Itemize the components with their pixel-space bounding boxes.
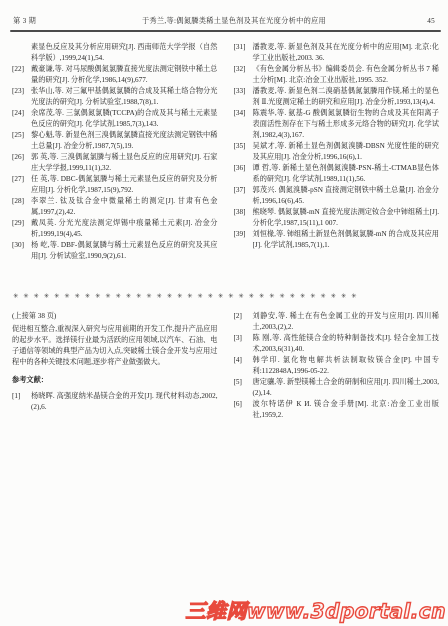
reference-item: 素显色反应及其分析应用研究[J]. 西南师范大学学报（自然科学版）,1999,2…: [12, 42, 218, 64]
reference-label: [30]: [12, 240, 24, 251]
reference-label: [1]: [12, 391, 20, 402]
reference-label: [39]: [234, 229, 246, 240]
reference-item: [37] 郭茂兴. 偶氮溴膦-pSN 直接测定钢铁中稀土总量[J]. 冶金分析,…: [234, 185, 440, 207]
reference-label: [24]: [12, 108, 24, 119]
reference-label: [25]: [12, 130, 24, 141]
reference-text: 唐定骧,等. 新型镁稀土合金的研制和应用[J]. 四川稀土,2003,(2),1…: [253, 378, 440, 397]
reference-item: [5] 唐定骧,等. 新型镁稀土合金的研制和应用[J]. 四川稀土,2003,(…: [234, 377, 440, 399]
reference-item: [1] 杨晓晖. 高强度纳米晶镁合金的开发[J]. 现代材料动态,2002,(2…: [12, 391, 218, 413]
reference-item: [30] 杨 屹,等. DBF-偶氮氯膦与稀土元素显色反应的研究及其应用[J].…: [12, 240, 218, 262]
reference-label: [28]: [12, 196, 24, 207]
page-number: 45: [393, 17, 435, 25]
reference-label: [2]: [234, 311, 242, 322]
reference-text: 郭茂兴. 偶氮溴膦-pSN 直接测定钢铁中稀土总量[J]. 冶金分析,1996,…: [253, 186, 440, 205]
reference-text: 戴凤英. 分光光度法测定焊锡中痕量稀土元素[J]. 冶金分析,1999,19(4…: [31, 219, 218, 238]
reference-label: [26]: [12, 152, 24, 163]
reference-item: [25] 黎心魁,等. 新显色剂三溴偶氮氯膦直接光度法测定钢铁中稀土总量[J].…: [12, 130, 218, 152]
reference-label: [6]: [234, 399, 242, 410]
reference-item: [24] 余席茂,等. 三氯偶氮氯膦(TCCPA)的合成及其与稀土元素显色反应的…: [12, 108, 218, 130]
reference-item: [23] 张华山,等. 对三氟甲基偶氮氯膦的合成及其稀土络合物分光光度法的研究[…: [12, 86, 218, 108]
reference-label: [29]: [12, 218, 24, 229]
reference-item: [36] 谭 哲,等. 新稀土显色剂偶氮溴膦-PSN-稀土-CTMAB显色体系的…: [234, 163, 440, 185]
reference-label: [37]: [234, 185, 246, 196]
references-right-column: [31] 潘教麦,等. 新显色剂及其在光度分析中的应用[M]. 北京:化学工业出…: [234, 42, 440, 262]
reference-text: 任 英,等. DBC-偶氮氯膦与稀土元素显色反应的研究及分析应用[J]. 分析化…: [31, 175, 218, 194]
reference-item: [27] 任 英,等. DBC-偶氮氯膦与稀土元素显色反应的研究及分析应用[J]…: [12, 174, 218, 196]
reference-text: 刘恒椽,等. 铈组稀土新显色剂偶氮氯膦-mN 的合成及其应用[J]. 化学试剂,…: [253, 230, 440, 249]
reference-label: [32]: [234, 64, 246, 75]
reference-item: [3] 陈 刚,等. 高性能镁合金的特种制备技术[J]. 轻合金加工技术,200…: [234, 333, 440, 355]
continued-from-note: (上接第 38 页): [12, 311, 218, 322]
reference-item: [22] 戴豪谦,等. 对马尿酸偶氮氯膦直接光度法测定钢铁中稀土总量的研究[J]…: [12, 64, 218, 86]
reference-label: [34]: [234, 108, 246, 119]
references-section: 素显色反应及其分析应用研究[J]. 西南师范大学学报（自然科学版）,1999,2…: [12, 42, 439, 262]
reference-text: 余席茂,等. 三氯偶氮氯膦(TCCPA)的合成及其与稀土元素显色反应的研究[J]…: [31, 109, 218, 128]
references-heading: 参考文献：: [12, 375, 218, 386]
reference-item: [2] 刘静安,等. 稀土在有色金属工业的开发与应用[J]. 四川稀土,2003…: [234, 311, 440, 333]
reference-label: [36]: [234, 163, 246, 174]
reference-item: [31] 潘教麦,等. 新显色剂及其在光度分析中的应用[M]. 北京:化学工业出…: [234, 42, 440, 64]
body-paragraph: 促进相互整合,重视深入研究与应用前期的开发工作,提升产品应用的起步水平。选择镁行…: [12, 324, 218, 368]
reference-text: 杨晓晖. 高强度纳米晶镁合金的开发[J]. 现代材料动态,2002,(2),6.: [31, 392, 218, 411]
reference-text: 潘教麦,等. 新显色剂二溴硝基偶氮氯膦用作镁,稀土的显色剂 Ⅱ.光度测定稀土的研…: [253, 87, 440, 106]
reference-text: 谭 哲,等. 新稀土显色剂偶氮溴膦-PSN-稀土-CTMAB显色体系的研究[J]…: [253, 164, 440, 183]
reference-text: 黎心魁,等. 新显色剂三溴偶氮氯膦直接光度法测定钢铁中稀土总量[J]. 冶金分析…: [31, 131, 218, 150]
reference-label: [31]: [234, 42, 246, 53]
issue-number: 第 3 期: [13, 16, 75, 26]
reference-item: [34] 陈震华,等. 氨基-G 酸偶氮氯膦衍生物的合成及其在阳离子表面活性剂存…: [234, 108, 440, 141]
continued-left-column: (上接第 38 页) 促进相互整合,重视深入研究与应用前期的开发工作,提升产品应…: [12, 311, 218, 421]
header-rule: [10, 30, 441, 32]
reference-text: 熊晓琴. 偶氮氯膦-mN 直接光度法测定钕合金中铈组稀土[J]. 分析化学,19…: [253, 208, 440, 227]
reference-item: [28] 李翠兰. 钛及钛合金中微量稀土的测定[J]. 甘肃有色金属,1997,…: [12, 196, 218, 218]
reference-text: 郭 英,等. 三溴偶氮氯膦与稀土显色反应的应用研究[J]. 石家庄大学学报,19…: [31, 153, 218, 172]
reference-text: 张华山,等. 对三氟甲基偶氮氯膦的合成及其稀土络合物分光光度法的研究[J]. 分…: [31, 87, 218, 106]
reference-item: [26] 郭 英,等. 三溴偶氮氯膦与稀土显色反应的应用研究[J]. 石家庄大学…: [12, 152, 218, 174]
reference-text: 《有色金属分析丛书》编辑委员会. 有色金属分析丛书 7 稀土分析[M]. 北京:…: [253, 65, 440, 84]
reference-label: [4]: [234, 355, 242, 366]
reference-item: [4] 韩学印. 氯化物电解共析法制取钕镁合金[P]. 中国专利:1122848…: [234, 355, 440, 377]
reference-item: [32] 《有色金属分析丛书》编辑委员会. 有色金属分析丛书 7 稀土分析[M]…: [234, 64, 440, 86]
continued-right-column: [2] 刘静安,等. 稀土在有色金属工业的开发与应用[J]. 四川稀土,2003…: [234, 311, 440, 421]
reference-item: [6] 波尔特诺伊 К И. 镁合金手册[M]. 北京:冶金工业出版社,1959…: [234, 399, 440, 421]
reference-text: 杨 屹,等. DBF-偶氮氯膦与稀土元素显色反应的研究及其应用[J]. 分析试验…: [31, 241, 218, 260]
reference-text: 戴豪谦,等. 对马尿酸偶氮氯膦直接光度法测定钢铁中稀土总量的研究[J]. 分析化…: [31, 65, 218, 84]
reference-text: 吴斌才,等. 新稀土显色剂偶氮溴膦-DBSN 光度性能的研究及其应用[J]. 冶…: [253, 142, 440, 161]
reference-text: 韩学印. 氯化物电解共析法制取钕镁合金[P]. 中国专利:1122848A,19…: [253, 356, 440, 375]
continued-article-section: (上接第 38 页) 促进相互整合,重视深入研究与应用前期的开发工作,提升产品应…: [12, 311, 439, 421]
reference-item: [38] 熊晓琴. 偶氮氯膦-mN 直接光度法测定钕合金中铈组稀土[J]. 分析…: [234, 207, 440, 229]
reference-text: 波尔特诺伊 К И. 镁合金手册[M]. 北京:冶金工业出版社,1959,2.: [253, 400, 440, 419]
reference-label: [3]: [234, 333, 242, 344]
reference-item: [29] 戴凤英. 分光光度法测定焊锡中痕量稀土元素[J]. 冶金分析,1999…: [12, 218, 218, 240]
section-divider: ✳✳✳✳✳✳✳✳✳✳✳✳✳✳✳✳✳✳✳✳✳✳✳✳✳✳✳✳✳✳✳✳✳✳: [13, 292, 441, 300]
reference-label: [35]: [234, 141, 246, 152]
reference-text: 素显色反应及其分析应用研究[J]. 西南师范大学学报（自然科学版）,1999,2…: [31, 43, 218, 62]
reference-item: [35] 吴斌才,等. 新稀土显色剂偶氮溴膦-DBSN 光度性能的研究及其应用[…: [234, 141, 440, 163]
reference-text: 陈 刚,等. 高性能镁合金的特种制备技术[J]. 轻合金加工技术,2003,6(…: [253, 334, 440, 353]
journal-page: 第 3 期 于秀兰,等:偶氮膦类稀土显色剂及其在光度分析中的应用 45 素显色反…: [0, 0, 448, 626]
reference-label: [5]: [234, 377, 242, 388]
reference-item: [39] 刘恒椽,等. 铈组稀土新显色剂偶氮氯膦-mN 的合成及其应用[J]. …: [234, 229, 440, 251]
reference-text: 陈震华,等. 氨基-G 酸偶氮氯膦衍生物的合成及其在阳离子表面活性剂存在下与稀土…: [253, 109, 440, 139]
reference-label: [23]: [12, 86, 24, 97]
page-header: 第 3 期 于秀兰,等:偶氮膦类稀土显色剂及其在光度分析中的应用 45: [13, 16, 435, 26]
reference-label: [33]: [234, 86, 246, 97]
reference-text: 李翠兰. 钛及钛合金中微量稀土的测定[J]. 甘肃有色金属,1997,(2),4…: [31, 197, 218, 216]
site-watermark: 三维网www.3dportal.cn: [185, 595, 446, 624]
reference-text: 潘教麦,等. 新显色剂及其在光度分析中的应用[M]. 北京:化学工业出版社,20…: [253, 43, 440, 62]
reference-label: [27]: [12, 174, 24, 185]
reference-text: 刘静安,等. 稀土在有色金属工业的开发与应用[J]. 四川稀土,2003,(2)…: [253, 312, 440, 331]
running-title: 于秀兰,等:偶氮膦类稀土显色剂及其在光度分析中的应用: [75, 16, 393, 26]
reference-label: [38]: [234, 207, 246, 218]
reference-item: [33] 潘教麦,等. 新显色剂二溴硝基偶氮氯膦用作镁,稀土的显色剂 Ⅱ.光度测…: [234, 86, 440, 108]
references-left-column: 素显色反应及其分析应用研究[J]. 西南师范大学学报（自然科学版）,1999,2…: [12, 42, 218, 262]
reference-label: [22]: [12, 64, 24, 75]
